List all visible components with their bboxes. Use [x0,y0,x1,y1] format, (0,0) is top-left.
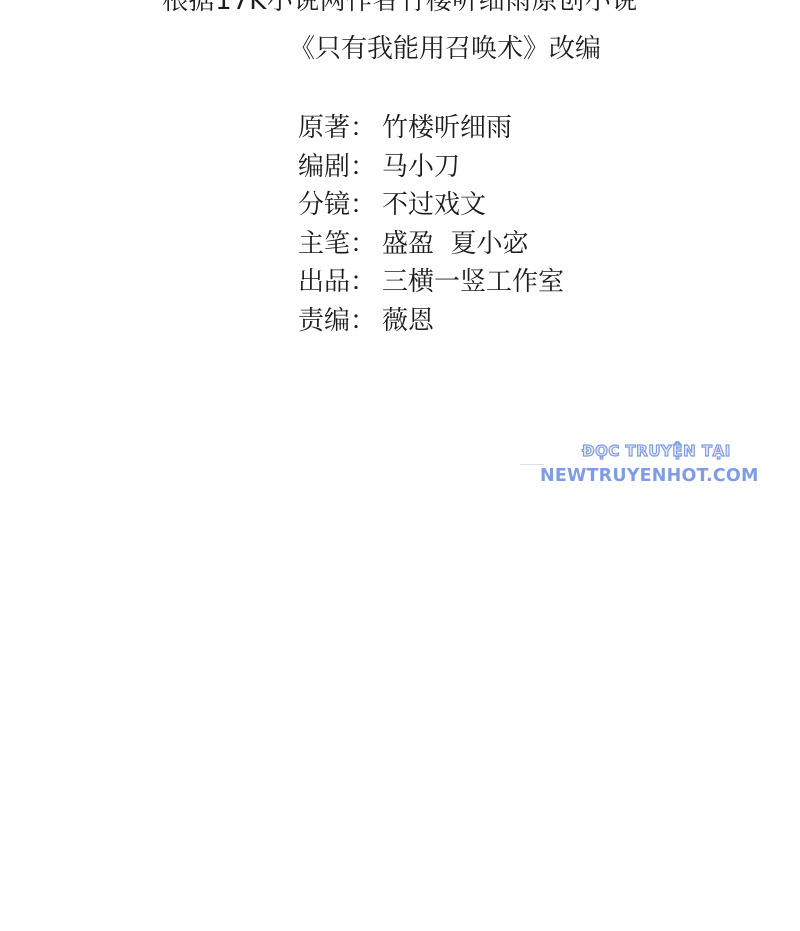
credit-value: 不过戏文 [382,186,486,225]
comic-credits-page: 根据17K小说网作者竹楼听细雨原创小说 《只有我能用召唤术》改编 原著： 竹楼听… [0,0,800,931]
credit-value: 盛盈 夏小宓 [382,225,529,264]
credit-role: 分镜： [298,186,382,225]
credit-value: 薇恩 [382,302,434,341]
watermark-divider [520,464,544,465]
credit-row-editor: 责编： 薇恩 [298,302,564,341]
credit-row-storyboard: 分镜： 不过戏文 [298,186,564,225]
source-novel-line: 根据17K小说网作者竹楼听细雨原创小说 [0,0,800,16]
credit-row-producer: 出品： 三横一竖工作室 [298,263,564,302]
credit-role: 出品： [298,263,382,302]
credits-list: 原著： 竹楼听细雨 编剧： 马小刀 分镜： 不过戏文 主笔： 盛盈 夏小宓 出品… [298,109,564,340]
credit-value: 竹楼听细雨 [382,109,512,148]
watermark-site-url: NEWTRUYENHOT.COM [540,466,759,486]
credit-role: 主笔： [298,225,382,264]
credit-row-lead-artist: 主笔： 盛盈 夏小宓 [298,225,564,264]
adaptation-title-line: 《只有我能用召唤术》改编 [0,32,800,66]
credit-value: 马小刀 [382,148,460,187]
credit-role: 责编： [298,302,382,341]
credit-row-original-author: 原著： 竹楼听细雨 [298,109,564,148]
credit-role: 编剧： [298,148,382,187]
watermark-read-at-text: ĐỌC TRUYỆN TẠI [582,442,731,460]
credit-role: 原著： [298,109,382,148]
credit-value: 三横一竖工作室 [382,263,564,302]
credit-row-screenwriter: 编剧： 马小刀 [298,148,564,187]
